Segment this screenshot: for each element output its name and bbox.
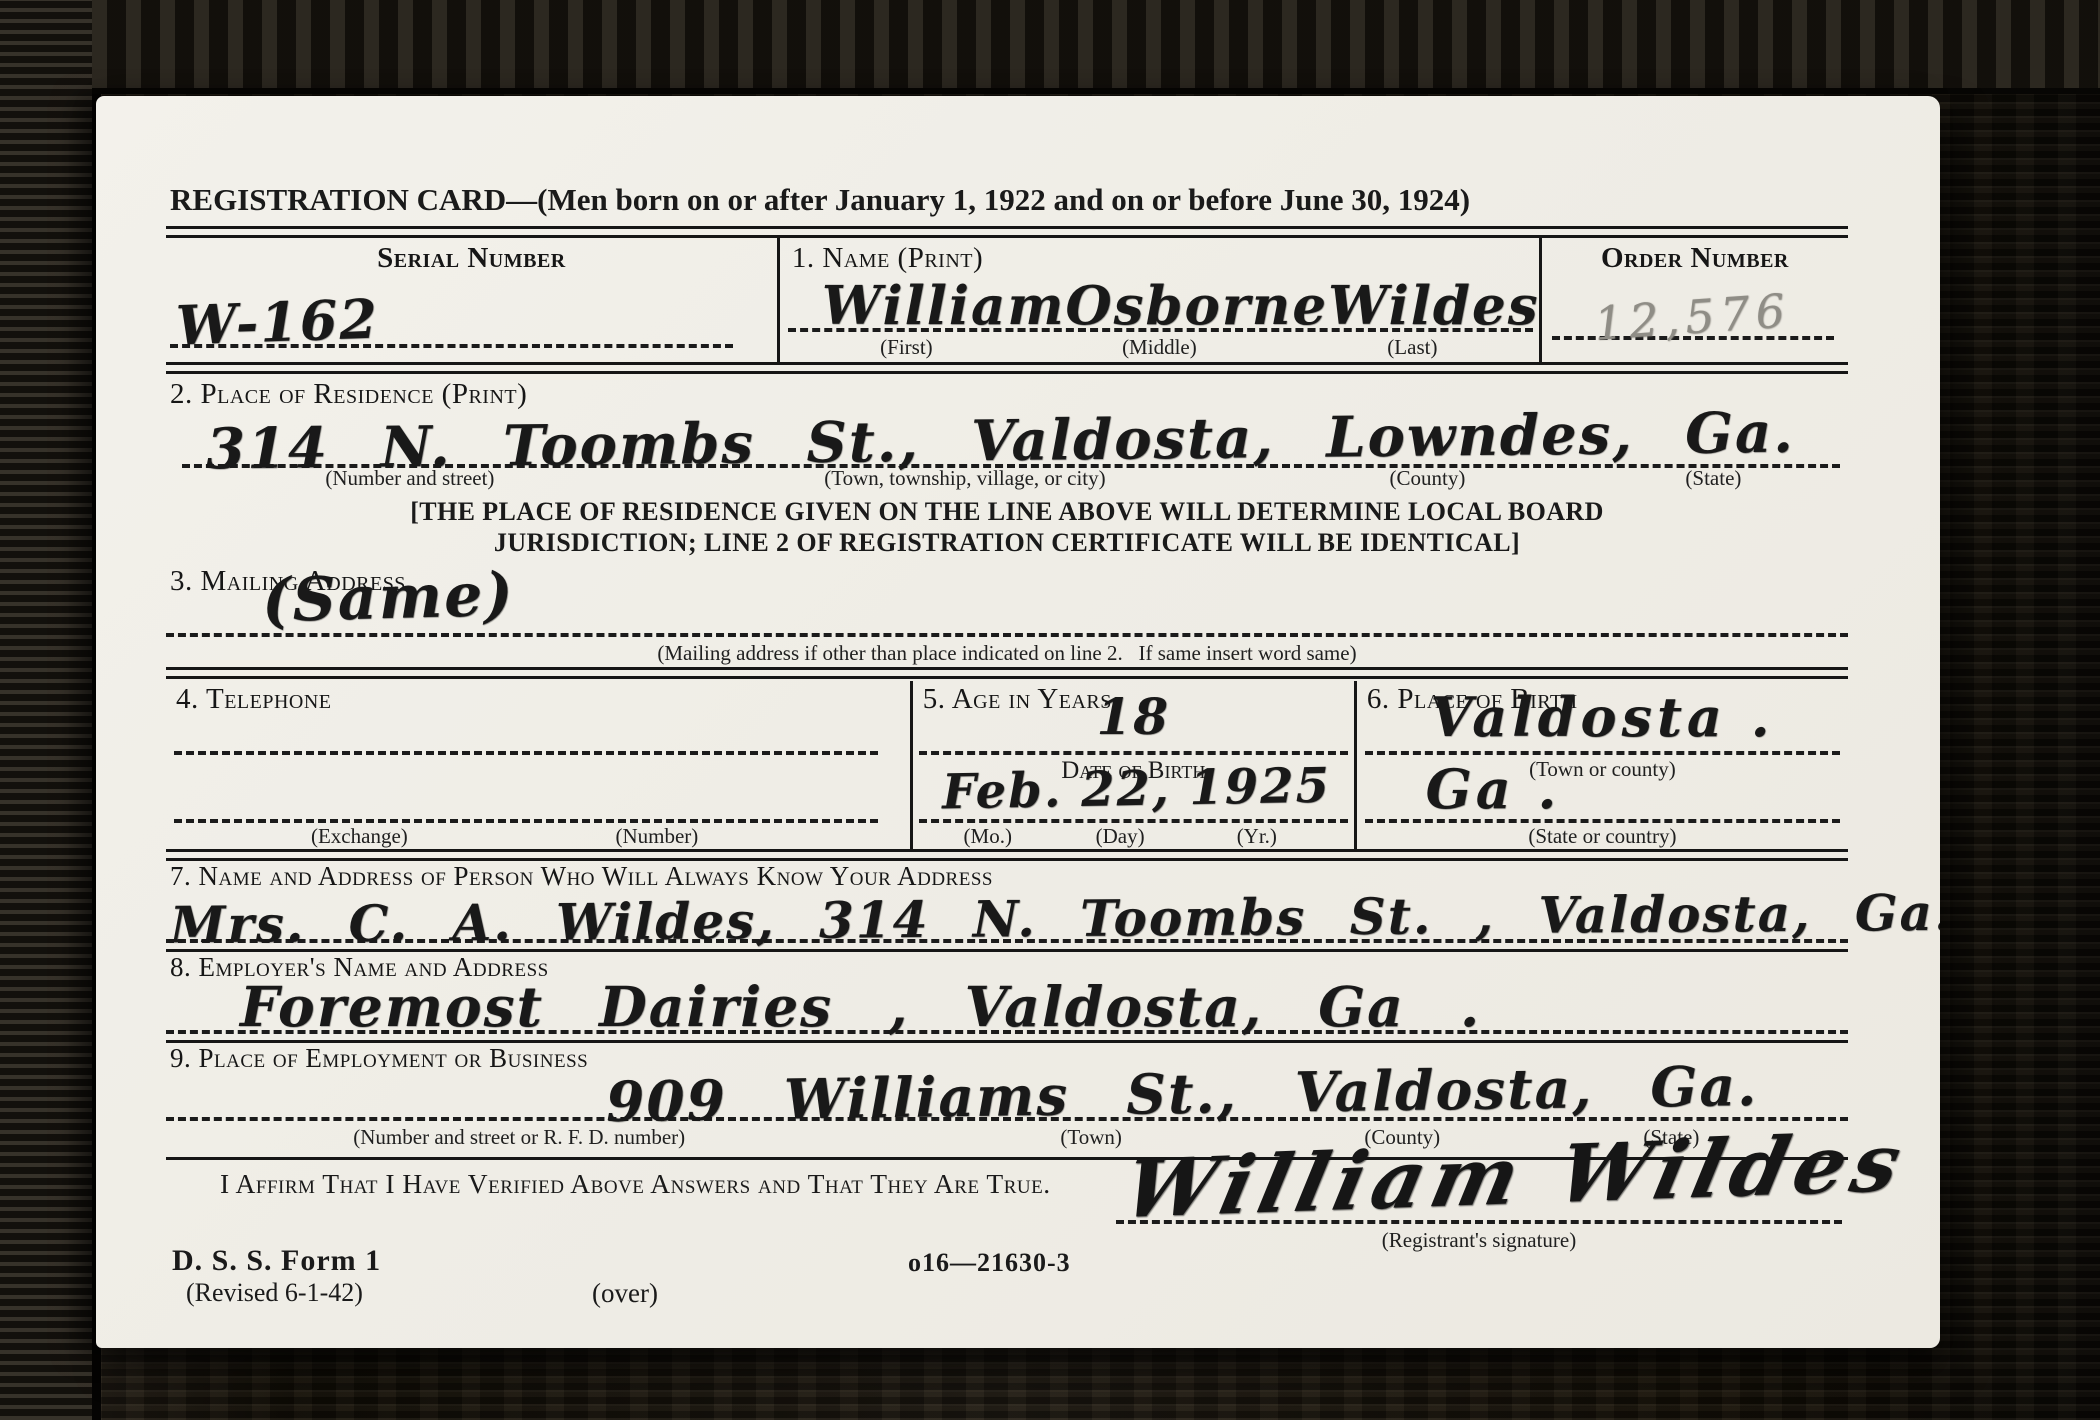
card-title: REGISTRATION CARD—(Men born on or after … [170, 182, 1848, 218]
employer-value: Foremost Dairies , Valdosta, Ga . [240, 974, 1481, 1039]
over-note: (over) [592, 1278, 658, 1309]
form-revision: (Revised 6-1-42) [186, 1278, 363, 1308]
order-number-label: Order Number [1542, 242, 1848, 275]
telephone-sublabel-number: (Number) [615, 824, 698, 849]
order-number-value: 12,576 [1593, 283, 1793, 351]
telephone-label: 4. Telephone [176, 683, 332, 716]
residence-line: 314 N. Toombs St., Valdosta, Lowndes, Ga… [182, 408, 1840, 468]
residence-sublabel-state: (State) [1579, 466, 1848, 491]
name-sublabels: (First) (Middle) (Last) [780, 335, 1539, 360]
jurisdiction-note-line2: JURISDICTION; LINE 2 OF REGISTRATION CER… [166, 527, 1848, 559]
telephone-exchange-line [174, 751, 878, 755]
form-number: D. S. S. Form 1 [172, 1244, 381, 1278]
serial-number-section: Serial Number W-162 [166, 238, 780, 362]
employment-place-value: 909 Williams St., Valdosta, Ga. [606, 1053, 1759, 1134]
card-footer: D. S. S. Form 1 (Revised 6-1-42) (over) … [166, 1200, 1848, 1348]
mailing-address-section: 3. Mailing Address (Same) (Mailing addre… [166, 563, 1848, 667]
mailing-address-line [166, 633, 1848, 637]
birth-state-sublabel: (State or country) [1357, 824, 1848, 849]
serial-number-label: Serial Number [166, 242, 777, 275]
dob-sublabel-day: (Day) [1096, 824, 1145, 849]
name-first-value: William [822, 275, 1066, 337]
row4-rule [166, 849, 1848, 861]
age-value: 18 [913, 687, 1354, 746]
employer-line: Foremost Dairies , Valdosta, Ga . [166, 970, 1848, 1034]
employer-section: 8. Employer's Name and Address Foremost … [166, 952, 1848, 1038]
name-sublabel-first: (First) [780, 335, 1033, 360]
mailing-address-sublabel: (Mailing address if other than place ind… [166, 641, 1848, 666]
signature-block: William Wildes (Registrant's signature) [1116, 1142, 1842, 1253]
birth-town-line [1365, 751, 1840, 755]
order-number-section: Order Number 12,576 [1542, 238, 1848, 362]
place-of-birth-section: 6. Place of Birth Valdosta . (Town or co… [1357, 681, 1848, 849]
birth-town-value: Valdosta . [1357, 685, 1848, 749]
date-of-birth-value: Feb. 22, 1925 [918, 757, 1354, 821]
age-line [919, 751, 1348, 755]
telephone-section: 4. Telephone (Exchange) (Number) [166, 681, 913, 849]
name-section: 1. Name (Print) William Osborne Wildes (… [780, 238, 1542, 362]
contact-person-line: Mrs. C. A. Wildes, 314 N. Toombs St. , V… [166, 881, 1848, 943]
name-middle-value: Osborne [1065, 275, 1328, 337]
birth-state-value: Ga . [1426, 757, 1561, 821]
mailing-rule [166, 667, 1848, 679]
dob-sublabel-year: (Yr.) [1237, 824, 1277, 849]
employment-sublabel-street: (Number and street or R. F. D. number) [353, 1125, 685, 1150]
name-sublabel-last: (Last) [1286, 335, 1539, 360]
wood-plank-left [0, 0, 101, 1420]
age-section: 5. Age in Years 18 Date of Birth Feb. 22… [913, 681, 1357, 849]
jurisdiction-note-line1: [THE PLACE OF RESIDENCE GIVEN ON THE LIN… [166, 496, 1848, 528]
name-sublabel-middle: (Middle) [1033, 335, 1286, 360]
name-last-value: Wildes [1328, 275, 1539, 337]
dob-sublabel-month: (Mo.) [964, 824, 1012, 849]
serial-name-order-row: Serial Number W-162 1. Name (Print) Will… [166, 238, 1848, 362]
residence-section: 2. Place of Residence (Print) 314 N. Too… [166, 378, 1848, 490]
employment-place-line: 909 Williams St., Valdosta, Ga. [166, 1055, 1848, 1121]
telephone-number-line [174, 819, 878, 823]
mailing-address-value: (Same) [261, 560, 515, 637]
serial-number-value: W-162 [175, 286, 380, 357]
print-code: o16—21630-3 [908, 1248, 1071, 1278]
wood-plank-top [92, 0, 2100, 94]
telephone-age-birth-row: 4. Telephone (Exchange) (Number) 5. Age … [166, 681, 1848, 849]
card-content: REGISTRATION CARD—(Men born on or after … [96, 96, 1940, 1348]
contact-person-section: 7. Name and Address of Person Who Will A… [166, 861, 1848, 947]
residence-sublabel-town: (Town, township, village, or city) [654, 466, 1276, 491]
jurisdiction-note: [THE PLACE OF RESIDENCE GIVEN ON THE LIN… [166, 496, 1848, 559]
telephone-sublabel-exchange: (Exchange) [311, 824, 408, 849]
order-number-line: 12,576 [1552, 282, 1834, 340]
row1-rule [166, 362, 1848, 374]
residence-sublabel-street: (Number and street) [166, 466, 654, 491]
employment-sublabel-town: (Town) [1060, 1125, 1122, 1150]
residence-sublabels: (Number and street) (Town, township, vil… [166, 466, 1848, 491]
contact-person-value: Mrs. C. A. Wildes, 314 N. Toombs St. , V… [170, 883, 1940, 954]
title-rule [166, 226, 1848, 238]
name-line: William Osborne Wildes [788, 270, 1533, 332]
serial-number-line: W-162 [170, 286, 733, 348]
residence-sublabel-county: (County) [1276, 466, 1579, 491]
registration-card: REGISTRATION CARD—(Men born on or after … [96, 96, 1940, 1348]
